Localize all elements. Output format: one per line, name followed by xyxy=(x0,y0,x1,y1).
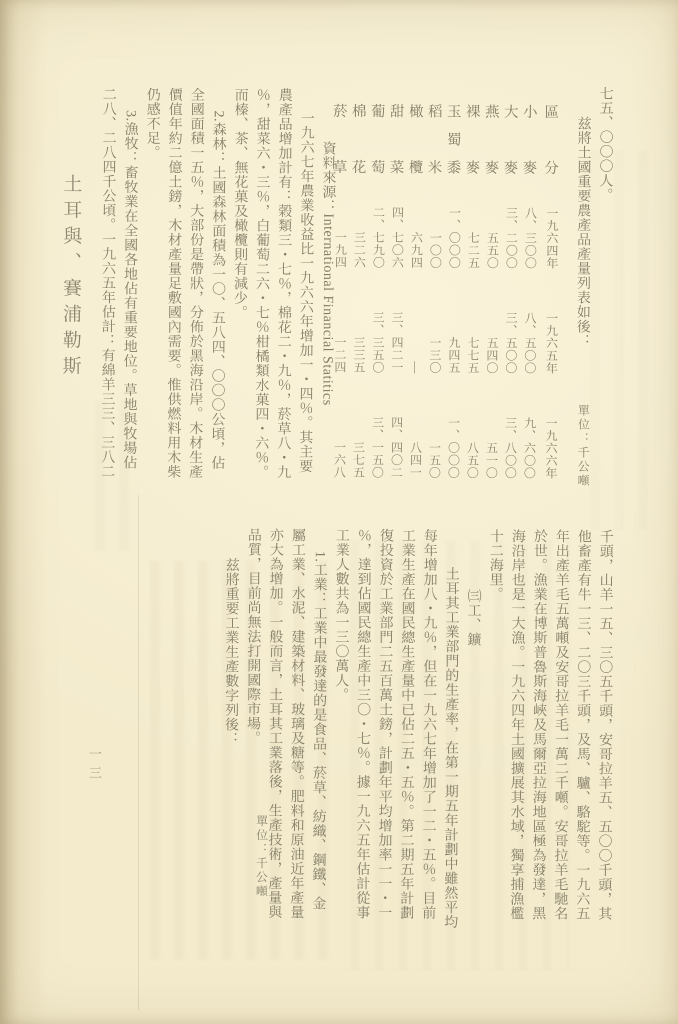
text-column: 價值年約二億土鎊，木材產量足敷國內需要。惟供燃料用木柴 xyxy=(161,87,185,517)
value-number: 五四〇 xyxy=(484,336,498,374)
text-column: 千頭，山羊一五、三〇五千頭，安哥拉羊五、五〇〇千頭，其 xyxy=(592,529,616,941)
table-category-column: 區分一九六四年一九六五年一九六六年 xyxy=(538,106,564,491)
text-column: 於世。漁業在博斯普魯斯海峽及馬爾亞拉海地區極為發達，黑 xyxy=(526,529,550,941)
table-column-header: 大麥 xyxy=(504,106,519,176)
table-cell: 四、四〇二 xyxy=(389,385,403,490)
value-number: 九四五 xyxy=(446,336,460,374)
table-cell: 三二六 xyxy=(352,175,366,280)
text-column: ％，達到佔國民總生產中三〇・七％。據一九六五年估計從事 xyxy=(350,528,374,940)
text-column: ％，甜菜六・三％，白葡萄二六・七％柑橘類水菓四・六％。 xyxy=(249,88,273,518)
table-cell: 一九六六年 xyxy=(543,386,557,491)
industry-unit-note: 單位：千公噸 xyxy=(250,815,272,899)
table-cell: 四、七〇六 xyxy=(390,175,404,280)
table-unit-note: 單位：千公噸 xyxy=(572,404,594,488)
table-column-header: 玉蜀黍 xyxy=(447,105,462,175)
table-column-header: 葡萄 xyxy=(371,105,386,175)
text-column: 二八、二八四千公頃。一九六五年估計：有綿羊三三、三八二 xyxy=(95,87,119,517)
text-column: 海沿岸也是一大漁。一九六四年土國擴展其水域，獨享捕漁檻 xyxy=(504,529,528,941)
table-cell: 七二五 xyxy=(466,176,480,281)
margin-title-text: 土耳與、賽浦勒斯 xyxy=(59,174,82,382)
text-column: 兹將土國重要農產品產量列表如後： xyxy=(571,86,594,396)
table-crop-column: 甜菜四、七〇六三、四二一四、四〇二 xyxy=(386,105,407,490)
value-number: — xyxy=(408,361,422,374)
text-column: 七五、〇〇〇人。 xyxy=(593,86,616,396)
text-column: 年出產羊毛五萬噸及安哥拉羊毛一萬二千噸。安哥拉羊毛馳名 xyxy=(548,529,572,941)
header-char: 橄 xyxy=(409,105,424,120)
table-cell: 三、三五〇 xyxy=(370,280,384,385)
table-cell: 六九四 xyxy=(409,175,423,280)
header-char: 米 xyxy=(428,161,443,176)
text-column: 每年增加八・九％，但在一九六七年增加了一二・五％。目前 xyxy=(416,528,440,940)
text-column: 屬工業、水泥、建築材料、玻璃及糖等。肥料和原油近年產量 xyxy=(284,528,308,940)
table-crop-column: 橄欖六九四—八四一 xyxy=(405,105,426,490)
table-cell: 八四一 xyxy=(408,385,422,490)
text-column: 而榛、茶、無花菓及橄欖則有減少。 xyxy=(227,88,251,518)
header-char: 花 xyxy=(352,161,367,176)
text-column: 全國面積一五％，大部份是帶狀，分佈於黑海沿岸。木材生產 xyxy=(183,87,207,517)
table-column-header: 區分 xyxy=(544,106,559,176)
table-cell: 三、一五〇 xyxy=(370,385,384,490)
table-cell: 三、八〇〇 xyxy=(503,386,517,491)
table-crop-column: 裸麥七二五七七五八五〇 xyxy=(462,106,483,491)
margin-title: 土耳與、賽浦勒斯 xyxy=(59,174,82,382)
value-number: 二、七九〇 xyxy=(371,206,385,269)
table-crop-column: 大麥三、二〇〇三、五〇〇三、八〇〇 xyxy=(500,106,521,491)
value-number: 三三五 xyxy=(351,336,365,374)
header-char: 甜 xyxy=(390,105,405,120)
header-char: 葡 xyxy=(371,105,386,120)
table-cell: 一九六四年 xyxy=(544,176,558,281)
value-number: 四、七〇六 xyxy=(390,206,404,269)
header-char: 萄 xyxy=(371,161,386,176)
text-column: 十二海里。 xyxy=(482,529,506,941)
value-number: 一三〇 xyxy=(427,336,441,374)
table-column-header: 燕麥 xyxy=(485,106,500,176)
agriculture-narrative: 資料來源：International Financial Statitics一九… xyxy=(95,87,339,518)
header-char: 菜 xyxy=(390,161,405,176)
table-cell: 八五〇 xyxy=(465,386,479,491)
table-crop-column: 稻米一〇〇一三〇一五〇 xyxy=(424,105,445,490)
header-char: 黍 xyxy=(447,161,462,176)
table-cell: 三三五 xyxy=(351,280,365,385)
table-cell: 一、〇〇〇 xyxy=(447,175,461,280)
table-cell: 三、五〇〇 xyxy=(503,281,517,386)
page-number-text: 一三 xyxy=(83,747,105,785)
table-column-header: 橄欖 xyxy=(409,105,424,175)
table-cell: 一五〇 xyxy=(427,385,441,490)
table-column-header: 稻米 xyxy=(428,105,443,175)
text-column: 資料來源：International Financial Statitics xyxy=(315,88,339,518)
table-crop-column: 小麥八、三〇〇八、五〇〇九、六〇〇 xyxy=(519,106,540,491)
table-cell: 三、四二一 xyxy=(389,280,403,385)
value-number: 八、三〇〇 xyxy=(523,206,537,269)
value-number: 三二六 xyxy=(352,231,366,269)
value-number: 五一〇 xyxy=(484,441,498,479)
page-content: 土耳與、賽浦勒斯 一三 七五、〇〇〇人。兹將土國重要農產品產量列表如後： 區分一… xyxy=(0,0,678,1024)
header-char: 麥 xyxy=(504,161,519,176)
value-number: 一五〇 xyxy=(427,441,441,479)
header-char: 玉 xyxy=(447,105,462,120)
table-cell: 五一〇 xyxy=(484,386,498,491)
value-number: 一、〇〇〇 xyxy=(446,416,460,479)
header-char: 蜀 xyxy=(447,133,462,148)
value-number: 八四一 xyxy=(408,441,422,479)
header-char: 區 xyxy=(544,106,559,121)
value-number: 四、四〇二 xyxy=(389,416,403,479)
table-column-header: 甜菜 xyxy=(390,105,405,175)
text-column: 土耳其工業部門的生產率，在第一期五年計劃中雖然平均 xyxy=(438,528,462,940)
header-char: 大 xyxy=(504,106,519,121)
value-number: 三七五 xyxy=(351,441,365,479)
value-number: 一〇〇 xyxy=(428,231,442,269)
table-cell: 三、二〇〇 xyxy=(504,176,518,281)
crop-production-table: 區分一九六四年一九六五年一九六六年小麥八、三〇〇八、五〇〇九、六〇〇大麥三、二〇… xyxy=(329,105,564,491)
table-crop-column: 燕麥五五〇五四〇五一〇 xyxy=(481,106,502,491)
value-number: 一、〇〇〇 xyxy=(447,206,461,269)
text-column: 工業生產在國民總生產量中已佔二五・五％。第二期五年計劃 xyxy=(394,528,418,940)
table-crop-column: 棉花三二六三三五三七五 xyxy=(348,105,369,490)
text-column: 復投資於工業部門二五百萬土鎊，計劃年平均增加率一一・一 xyxy=(372,528,396,940)
table-column-header: 裸麥 xyxy=(466,106,481,176)
text-column: 3.漁牧：畜牧業在全國各地佔有重要地位。草地與牧場佔 xyxy=(117,87,141,517)
text-column: 1.工業：工業中最發達的是食品、菸草、紡織、鋼鐵、金 xyxy=(306,528,330,940)
header-char: 麥 xyxy=(466,161,481,176)
table-cell: 一三〇 xyxy=(427,280,441,385)
table-cell: 一〇〇 xyxy=(428,175,442,280)
table-crop-column: 葡萄二、七九〇三、三五〇三、一五〇 xyxy=(367,105,388,490)
table-cell: 九、六〇〇 xyxy=(522,386,536,491)
text-column: ㈢工、鑛 xyxy=(460,529,484,941)
value-number: 八、五〇〇 xyxy=(522,311,536,374)
table-cell: 五四〇 xyxy=(484,281,498,386)
header-char: 分 xyxy=(544,161,559,176)
text-column: 一九六七年農業收益比一九六六年增加一・四％。其主要 xyxy=(293,88,317,518)
value-number: 七二五 xyxy=(466,231,480,269)
text-column: 他畜產有牛一三、二〇三千頭，及馬、驢、駱駝等。一九六五 xyxy=(570,529,594,941)
table-cell: 二、七九〇 xyxy=(371,175,385,280)
header-char: 棉 xyxy=(352,105,367,120)
table-cell: 八、三〇〇 xyxy=(523,176,537,281)
value-number: 八五〇 xyxy=(465,441,479,479)
value-number: 三、二〇〇 xyxy=(504,206,518,269)
header-char: 稻 xyxy=(428,105,443,120)
header-char: 裸 xyxy=(466,106,481,121)
table-cell: 一、〇〇〇 xyxy=(446,385,460,490)
page-number: 一三 xyxy=(83,747,105,785)
table-cell: 五五〇 xyxy=(485,176,499,281)
table-cell: 九四五 xyxy=(446,280,460,385)
table-cell: — xyxy=(408,280,422,385)
value-number: 三、四二一 xyxy=(389,311,403,374)
year-label: 一九六四年 xyxy=(544,206,558,269)
agriculture-lead-text: 七五、〇〇〇人。兹將土國重要農產品產量列表如後： xyxy=(571,86,616,396)
year-label: 一九六五年 xyxy=(544,311,558,374)
header-char: 麥 xyxy=(523,161,538,176)
industry-unit-note-text: 單位：千公噸 xyxy=(250,815,272,899)
table-cell: 七七五 xyxy=(465,281,479,386)
value-number: 九、六〇〇 xyxy=(522,416,536,479)
table-crop-column: 玉蜀黍一、〇〇〇九四五一、〇〇〇 xyxy=(443,105,464,490)
value-number: 三、一五〇 xyxy=(370,416,384,479)
value-number: 三、三五〇 xyxy=(370,311,384,374)
value-number: 三、五〇〇 xyxy=(503,311,517,374)
value-number: 六九四 xyxy=(409,231,423,269)
industry-narrative: 千頭，山羊一五、三〇五千頭，安哥拉羊五、五〇〇千頭，其他畜產有牛一三、二〇三千頭… xyxy=(218,527,616,941)
text-column: 工業人數共為一三〇萬人。 xyxy=(328,528,352,940)
header-char: 小 xyxy=(523,106,538,121)
table-column-header: 小麥 xyxy=(523,106,538,176)
header-char: 麥 xyxy=(485,161,500,176)
value-number: 七七五 xyxy=(465,336,479,374)
table-column-header: 棉花 xyxy=(352,105,367,175)
value-number: 三、八〇〇 xyxy=(503,416,517,479)
table-cell: 一九六五年 xyxy=(544,281,558,386)
text-column: 2.森林：土國森林面積為一〇、五八四、〇〇〇公頃，佔 xyxy=(205,87,229,517)
table-cell: 三七五 xyxy=(351,385,365,490)
value-number: 五五〇 xyxy=(485,231,499,269)
table-cell: 八、五〇〇 xyxy=(522,281,536,386)
text-column: 兹將重要工業生產數字列後： xyxy=(218,527,242,939)
header-char: 燕 xyxy=(485,106,500,121)
text-column: 農產品增加計有：榖類三・七％，棉花二・九％，菸草八・九 xyxy=(271,88,295,518)
text-column: 仍感不足。 xyxy=(139,87,163,517)
header-char: 欖 xyxy=(409,161,424,176)
scanned-page: 土耳與、賽浦勒斯 一三 七五、〇〇〇人。兹將土國重要農產品產量列表如後： 區分一… xyxy=(0,0,678,1024)
year-label: 一九六六年 xyxy=(543,416,557,479)
table-unit-note-text: 單位：千公噸 xyxy=(572,404,594,488)
